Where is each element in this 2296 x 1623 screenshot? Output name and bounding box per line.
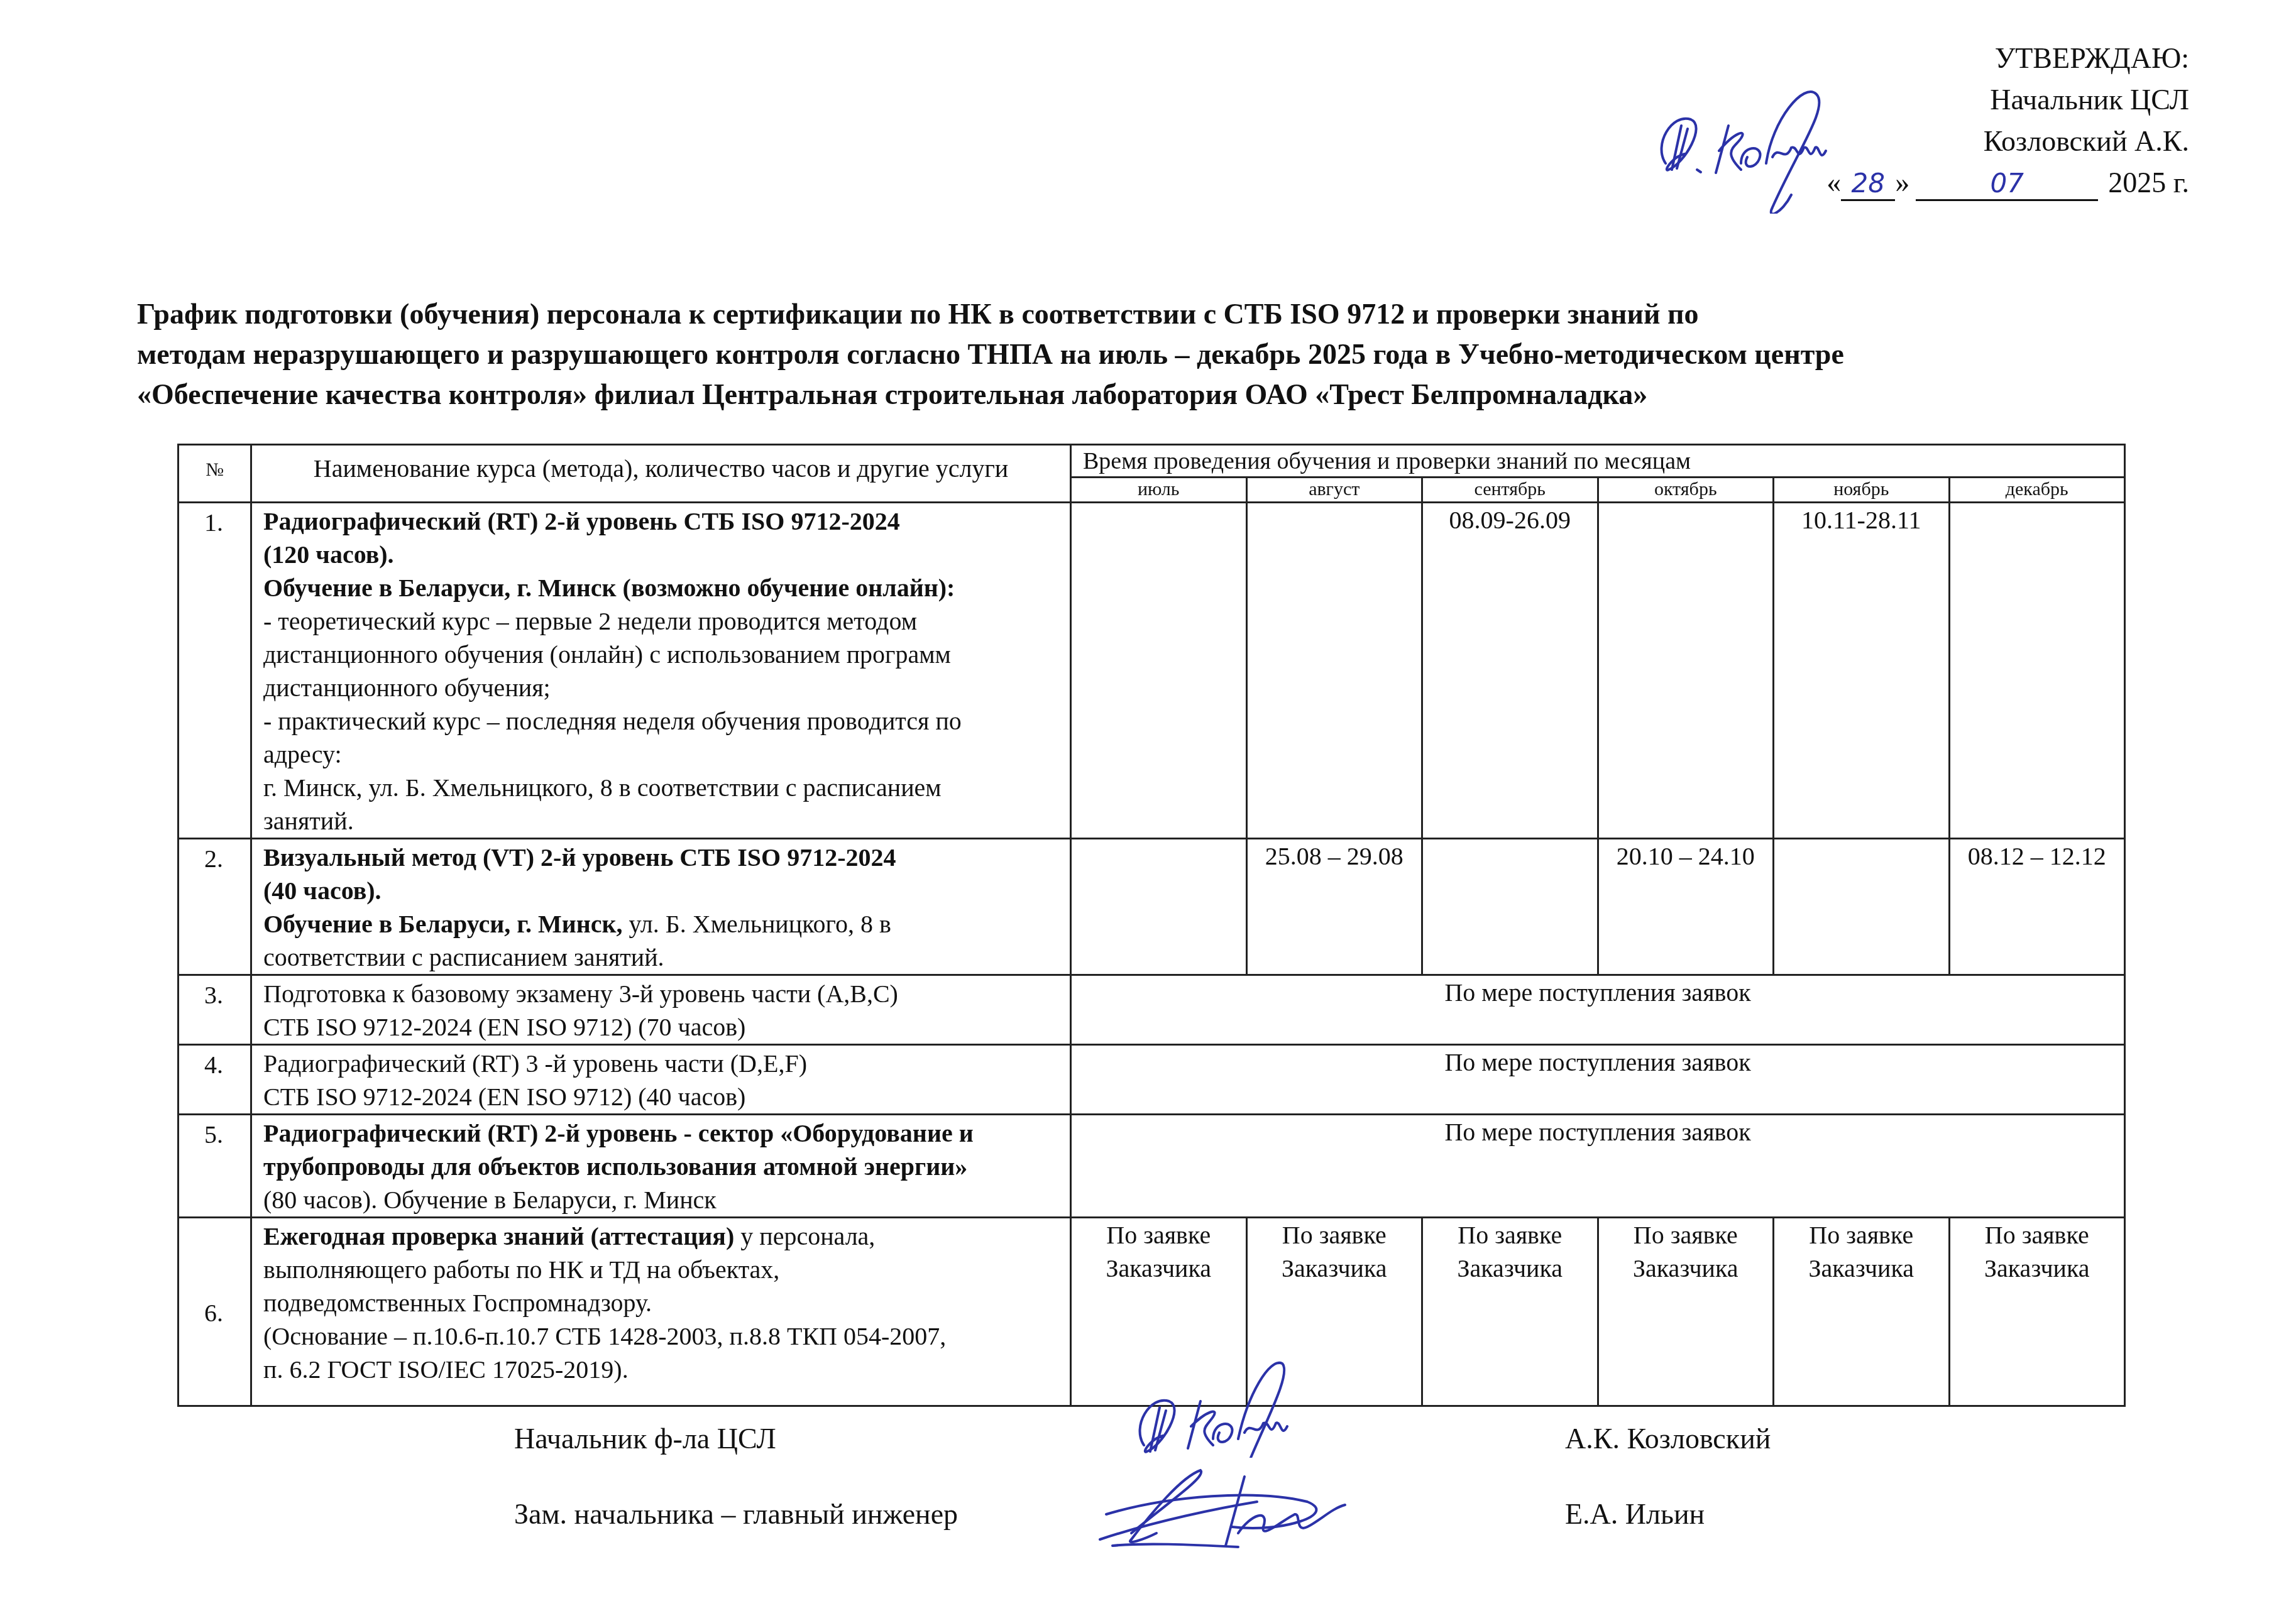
approval-date-month: 07 bbox=[1916, 168, 2098, 201]
table-row: 6. Ежегодная проверка знаний (аттестация… bbox=[179, 1218, 2125, 1406]
month-cell: По заявке Заказчика bbox=[1422, 1218, 1598, 1406]
schedule-note: По мере поступления заявок bbox=[1071, 1115, 2125, 1218]
month-cell bbox=[1774, 839, 1950, 975]
schedule-table: № Наименование курса (метода), количеств… bbox=[177, 444, 2126, 1407]
header-month: октябрь bbox=[1598, 478, 1774, 503]
course-name: Радиографический (RT) 2-й уровень - сект… bbox=[251, 1115, 1071, 1218]
month-cell bbox=[1246, 503, 1422, 839]
header-month: сентябрь bbox=[1422, 478, 1598, 503]
approval-block: УТВЕРЖДАЮ: Начальник ЦСЛ Козловский А.К.… bbox=[1826, 38, 2189, 204]
month-cell bbox=[1422, 839, 1598, 975]
month-cell: По заявке Заказчика bbox=[1071, 1218, 1247, 1406]
approval-name: Козловский А.К. bbox=[1826, 121, 2189, 162]
month-cell: По заявке Заказчика bbox=[1598, 1218, 1774, 1406]
approval-date: «28»072025 г. bbox=[1826, 162, 2189, 204]
approval-date-day: 28 bbox=[1841, 168, 1895, 201]
signer-name: А.К. Козловский bbox=[1565, 1421, 1771, 1456]
schedule-note: По мере поступления заявок bbox=[1071, 975, 2125, 1045]
row-number: 6. bbox=[179, 1218, 251, 1406]
schedule-note: По мере поступления заявок bbox=[1071, 1045, 2125, 1115]
course-name: Ежегодная проверка знаний (аттестация) у… bbox=[251, 1218, 1071, 1406]
approval-date-year: 2025 г. bbox=[2108, 167, 2189, 199]
month-cell bbox=[1949, 503, 2125, 839]
row-number: 5. bbox=[179, 1115, 251, 1218]
signer-position: Начальник ф-ла ЦСЛ bbox=[514, 1421, 776, 1456]
table-row: 3. Подготовка к базовому экзамену 3-й ур… bbox=[179, 975, 2125, 1045]
header-month: август bbox=[1246, 478, 1422, 503]
course-name: Визуальный метод (VT) 2-й уровень СТБ IS… bbox=[251, 839, 1071, 975]
month-cell: По заявке Заказчика bbox=[1949, 1218, 2125, 1406]
approval-position: Начальник ЦСЛ bbox=[1826, 79, 2189, 121]
table-row: 2. Визуальный метод (VT) 2-й уровень СТБ… bbox=[179, 839, 2125, 975]
table-row: 5. Радиографический (RT) 2-й уровень - с… bbox=[179, 1115, 2125, 1218]
month-cell: 20.10 – 24.10 bbox=[1598, 839, 1774, 975]
row-number: 4. bbox=[179, 1045, 251, 1115]
month-cell bbox=[1071, 503, 1247, 839]
header-course-name: Наименование курса (метода), количество … bbox=[251, 445, 1071, 503]
month-cell: 08.12 – 12.12 bbox=[1949, 839, 2125, 975]
row-number: 1. bbox=[179, 503, 251, 839]
signature-icon bbox=[1094, 1464, 1395, 1552]
month-cell: По заявке Заказчика bbox=[1774, 1218, 1950, 1406]
month-cell: 08.09-26.09 bbox=[1422, 503, 1598, 839]
course-name: Радиографический (RT) 3 -й уровень части… bbox=[251, 1045, 1071, 1115]
header-month: ноябрь bbox=[1774, 478, 1950, 503]
course-name: Подготовка к базовому экзамену 3-й урове… bbox=[251, 975, 1071, 1045]
table-row: 4. Радиографический (RT) 3 -й уровень ча… bbox=[179, 1045, 2125, 1115]
month-cell bbox=[1598, 503, 1774, 839]
document-title: График подготовки (обучения) персонала к… bbox=[137, 294, 2148, 415]
course-name: Радиографический (RT) 2-й уровень СТБ IS… bbox=[251, 503, 1071, 839]
header-month: июль bbox=[1071, 478, 1247, 503]
month-cell bbox=[1071, 839, 1247, 975]
header-time: Время проведения обучения и проверки зна… bbox=[1071, 445, 2125, 478]
header-month: декабрь bbox=[1949, 478, 2125, 503]
signer-name: Е.А. Ильин bbox=[1565, 1497, 1705, 1532]
signer-position: Зам. начальника – главный инженер bbox=[514, 1497, 958, 1532]
approval-heading: УТВЕРЖДАЮ: bbox=[1826, 38, 2189, 79]
row-number: 3. bbox=[179, 975, 251, 1045]
month-cell: 10.11-28.11 bbox=[1774, 503, 1950, 839]
header-number: № bbox=[179, 445, 251, 503]
month-cell: По заявке Заказчика bbox=[1246, 1218, 1422, 1406]
month-cell: 25.08 – 29.08 bbox=[1246, 839, 1422, 975]
table-row: 1. Радиографический (RT) 2-й уровень СТБ… bbox=[179, 503, 2125, 839]
row-number: 2. bbox=[179, 839, 251, 975]
